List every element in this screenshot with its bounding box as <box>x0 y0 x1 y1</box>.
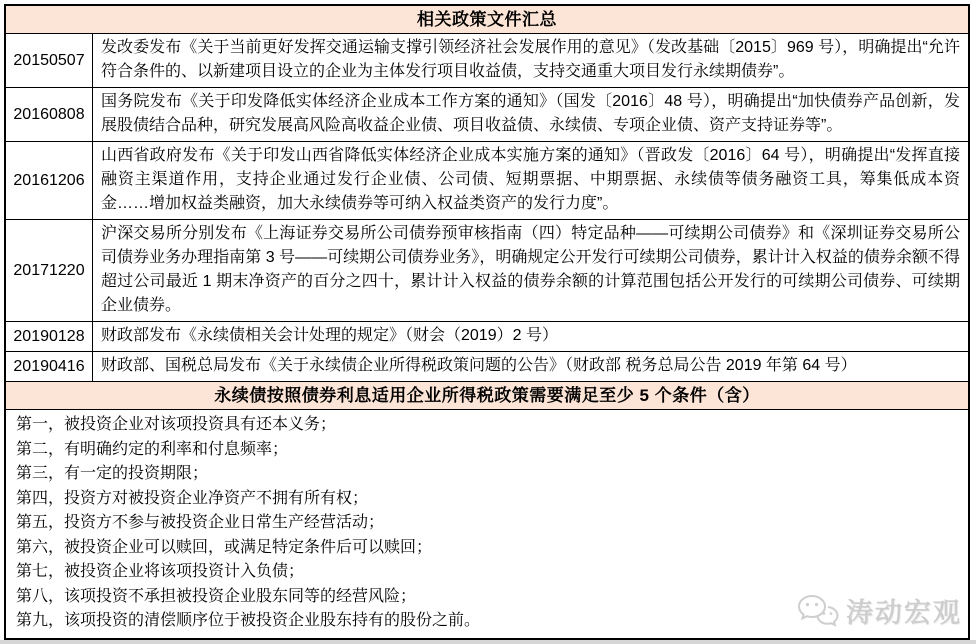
condition-item-3: 第三，有一定的投资期限； <box>16 462 960 487</box>
policy-date: 20160808 <box>6 88 93 141</box>
condition-item-9: 第九，该项投资的清偿顺序位于被投资企业股东持有的股份之前。 <box>16 609 960 634</box>
policy-text: 山西省政府发布《关于印发山西省降低实体经济企业成本实施方案的通知》（晋政发〔20… <box>93 142 968 219</box>
condition-item-2: 第二，有明确约定的利率和付息频率； <box>16 438 960 463</box>
condition-item-1: 第一，被投资企业对该项投资具有还本义务； <box>16 413 960 438</box>
condition-item-4: 第四，投资方对被投资企业净资产不拥有所有权； <box>16 487 960 512</box>
condition-item-7: 第七，被投资企业将该项投资计入负债； <box>16 560 960 585</box>
bottom-divider-bar <box>0 640 976 644</box>
policy-text: 财政部发布《永续债相关会计处理的规定》（财会（2019）2 号） <box>93 322 968 351</box>
policy-row-20161206: 20161206 山西省政府发布《关于印发山西省降低实体经济企业成本实施方案的通… <box>6 141 968 219</box>
condition-item-5: 第五，投资方不参与被投资企业日常生产经营活动； <box>16 511 960 536</box>
policy-row-20190128: 20190128 财政部发布《永续债相关会计处理的规定》（财会（2019）2 号… <box>6 321 968 351</box>
policy-row-20150507: 20150507 发改委发布《关于当前更好发挥交通运输支撑引领经济社会发展作用的… <box>6 33 968 87</box>
policy-text: 沪深交易所分别发布《上海证券交易所公司债券预审核指南（四）特定品种——可续期公司… <box>93 220 968 321</box>
policy-text: 发改委发布《关于当前更好发挥交通运输支撑引领经济社会发展作用的意见》（发改基础〔… <box>93 34 968 87</box>
policy-row-20160808: 20160808 国务院发布《关于印发降低实体经济企业成本工作方案的通知》（国发… <box>6 87 968 141</box>
policy-date: 20161206 <box>6 142 93 219</box>
policy-row-20171220: 20171220 沪深交易所分别发布《上海证券交易所公司债券预审核指南（四）特定… <box>6 219 968 321</box>
policy-summary-page: 相关政策文件汇总 20150507 发改委发布《关于当前更好发挥交通运输支撑引领… <box>0 0 976 644</box>
policy-table: 相关政策文件汇总 20150507 发改委发布《关于当前更好发挥交通运输支撑引领… <box>4 4 970 640</box>
table-title: 相关政策文件汇总 <box>6 6 968 33</box>
policy-date: 20150507 <box>6 34 93 87</box>
policy-text: 财政部、国税总局发布《关于永续债企业所得税政策问题的公告》（财政部 税务总局公告… <box>93 352 968 381</box>
policy-date: 20190416 <box>6 352 93 381</box>
policy-date: 20171220 <box>6 220 93 321</box>
condition-item-6: 第六，被投资企业可以赎回，或满足特定条件后可以赎回； <box>16 536 960 561</box>
policy-row-20190416: 20190416 财政部、国税总局发布《关于永续债企业所得税政策问题的公告》（财… <box>6 351 968 381</box>
conditions-title: 永续债按照债券利息适用企业所得税政策需要满足至少 5 个条件（含） <box>6 381 968 409</box>
conditions-list: 第一，被投资企业对该项投资具有还本义务； 第二，有明确约定的利率和付息频率； 第… <box>6 409 968 638</box>
policy-text: 国务院发布《关于印发降低实体经济企业成本工作方案的通知》（国发〔2016〕48 … <box>93 88 968 141</box>
policy-date: 20190128 <box>6 322 93 351</box>
condition-item-8: 第八，该项投资不承担被投资企业股东同等的经营风险； <box>16 585 960 610</box>
